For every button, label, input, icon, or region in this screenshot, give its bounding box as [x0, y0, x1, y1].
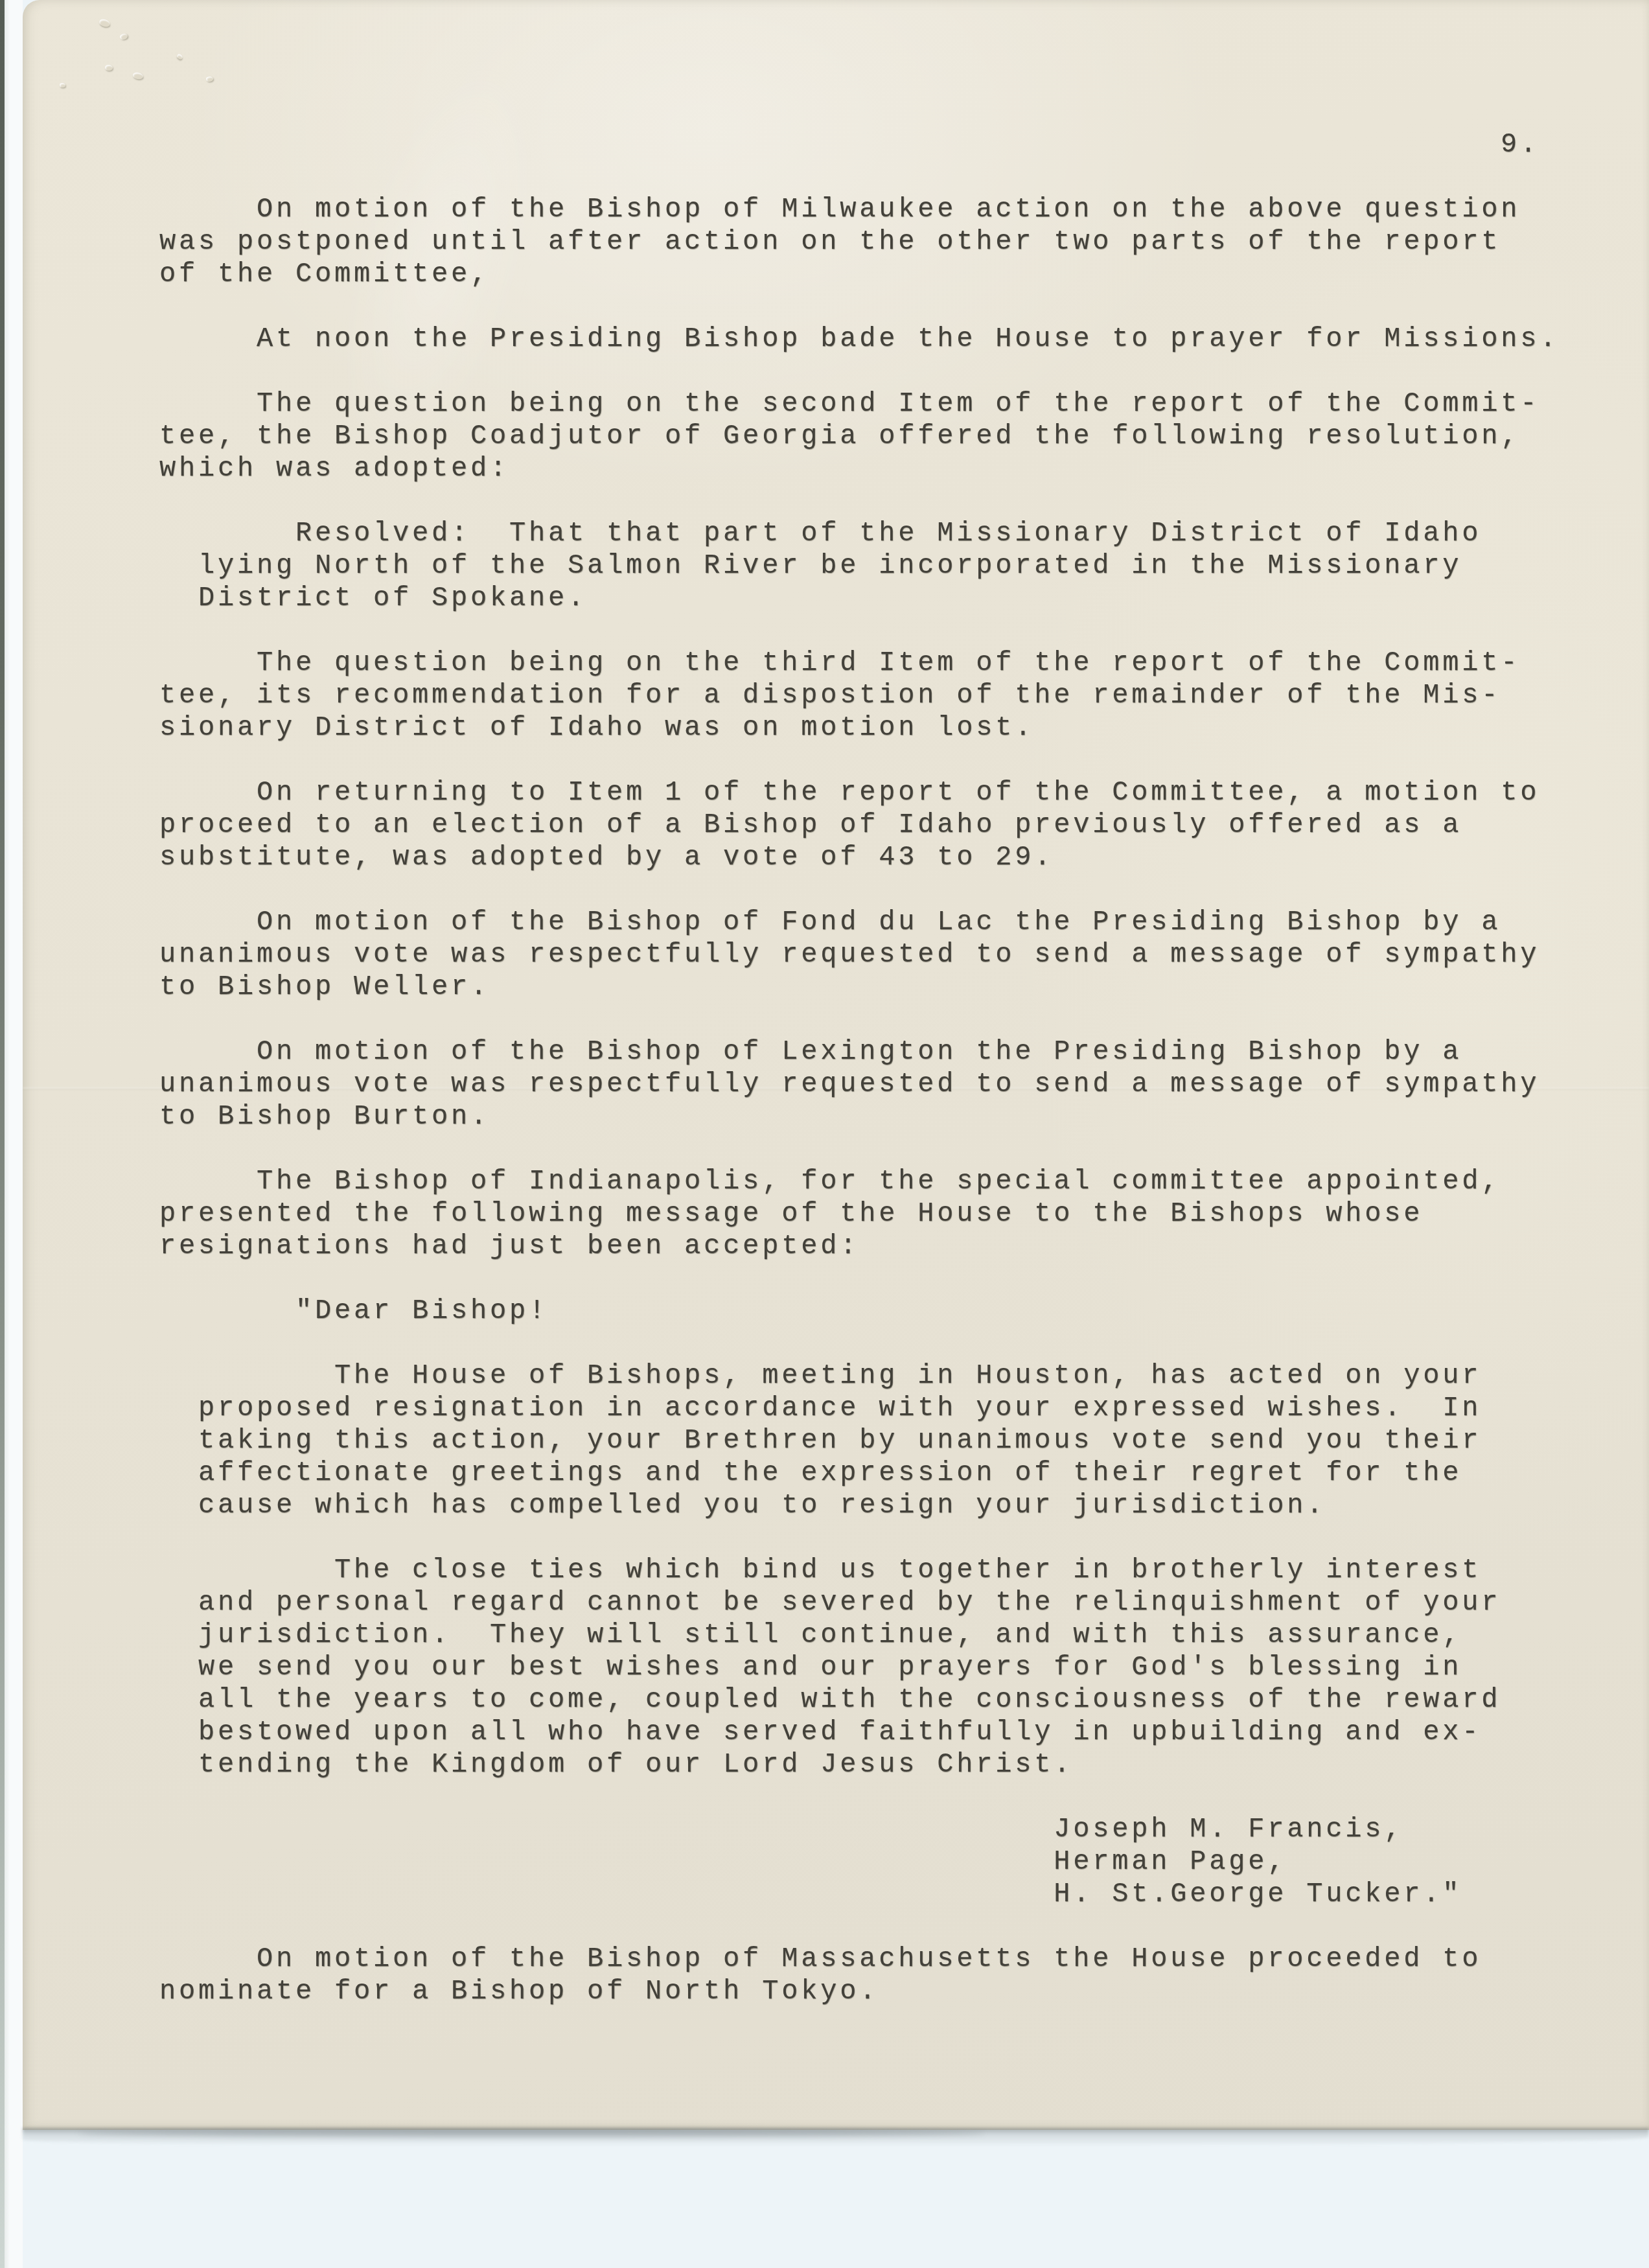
scanner-edge-strip	[5, 0, 23, 2268]
staple-damage-mark	[119, 32, 128, 41]
staple-damage-mark	[60, 83, 65, 87]
scanner-edge-shadow	[0, 0, 5, 2268]
staple-damage-mark	[132, 72, 143, 80]
staple-damage-mark	[205, 76, 213, 82]
scanned-document: 9. On motion of the Bishop of Milwaukee …	[0, 0, 1649, 2268]
staple-damage-mark	[105, 65, 113, 71]
document-page: 9. On motion of the Bishop of Milwaukee …	[23, 0, 1649, 2130]
typewritten-text: On motion of the Bishop of Milwaukee act…	[159, 193, 1559, 2008]
staple-damage-mark	[176, 53, 183, 60]
staple-damage-mark	[98, 18, 111, 28]
page-number: 9.	[1501, 128, 1539, 161]
paper-bottom-shadow	[78, 2129, 985, 2137]
